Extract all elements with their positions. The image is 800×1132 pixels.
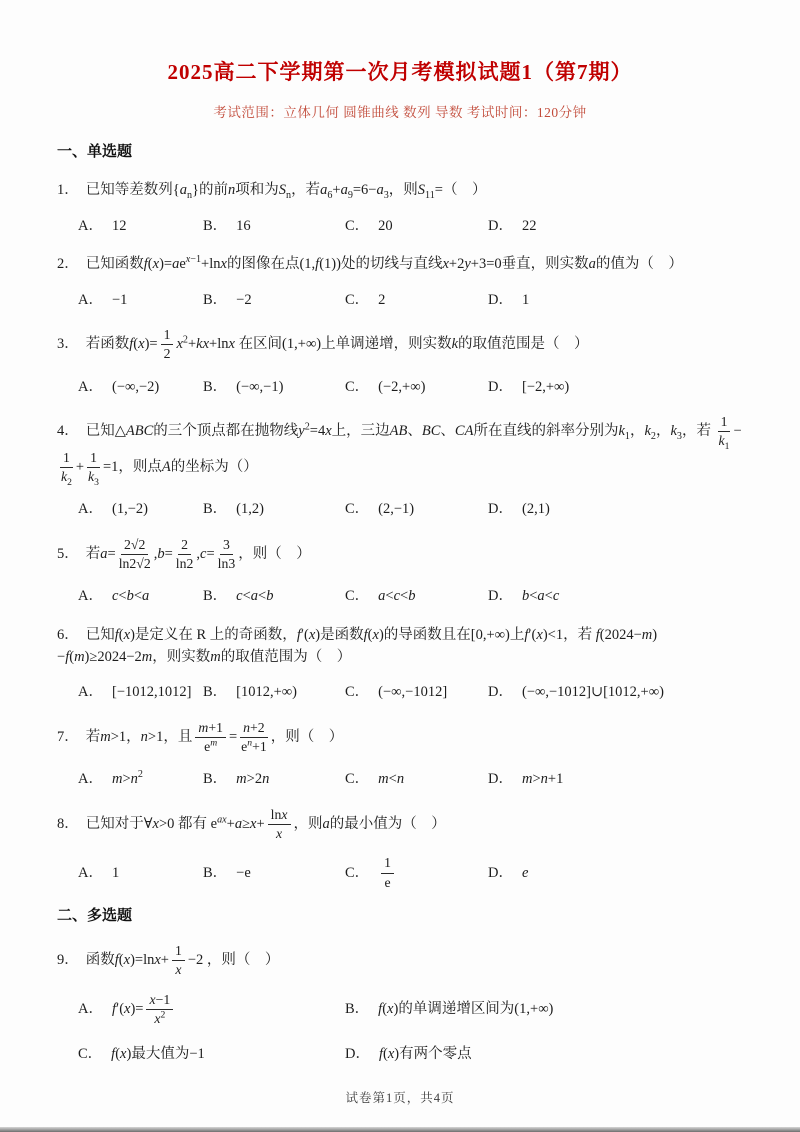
option: B．−2 [203,289,345,311]
options-row: A．f′(x)=x−1x2B．f(x)的单调递增区间为(1,+∞)C．f(x)最… [78,992,758,1066]
option-label: C． [345,585,369,607]
option-label: C． [78,1043,102,1065]
option-label: D． [488,289,513,311]
option-label: A． [78,768,103,790]
option-content: [−2,+∞) [522,376,569,398]
option: D．f(x)有两个零点 [345,1043,758,1065]
option: D．e [488,862,758,884]
exam-title: 2025高二下学期第一次月考模拟试题1（第7期） [0,56,800,86]
option-content: (−∞,−1012] [378,681,447,703]
option-label: C． [345,215,369,237]
option-label: B． [203,215,227,237]
question-stem: 3．若函数f(x)=12x2+kx+lnx 在区间(1,+∞)上单调递增，则实数… [57,327,758,363]
option-content: (1,−2) [112,498,148,520]
question-number: 9． [57,952,79,968]
options-row: A．(1,−2)B．(1,2)C．(2,−1)D．(2,1) [78,498,758,520]
option-label: C． [345,768,369,790]
option: D．(2,1) [488,498,758,520]
option-content: m>n2 [112,768,143,790]
options-row: A．(−∞,−2)B．(−∞,−1)C．(−2,+∞)D．[−2,+∞) [78,376,758,398]
option: B．m>2n [203,768,345,790]
option-label: D． [488,498,513,520]
option-label: A． [78,376,103,398]
option-label: A． [78,998,103,1020]
option-content: 22 [522,215,537,237]
option: B．[1012,+∞) [203,681,345,703]
option-label: A． [78,215,103,237]
option-content: −e [236,862,251,884]
option: C．m<n [345,768,488,790]
option-content: (1,2) [236,498,264,520]
option-content: 20 [378,215,393,237]
exam-header: 2025高二下学期第一次月考模拟试题1（第7期） 考试范围：立体几何 圆锥曲线 … [0,0,800,121]
option: C．2 [345,289,488,311]
option-content: m<n [378,768,404,790]
question-number: 3． [57,336,79,352]
option-label: B． [203,862,227,884]
option-label: D． [488,862,513,884]
option-label: A． [78,681,103,703]
option-label: A． [78,498,103,520]
option-content: −1 [112,289,127,311]
section-heading: 一、单选题 [57,140,758,163]
option: C．(−∞,−1012] [345,681,488,703]
option-content: m>n+1 [522,768,563,790]
option-content: [−1012,1012] [112,681,191,703]
exam-scope-line: 考试范围：立体几何 圆锥曲线 数列 导数 考试时间：120分钟 [0,101,800,121]
option-content: a<c<b [378,585,415,607]
options-row: A．m>n2B．m>2nC．m<nD．m>n+1 [78,768,758,790]
option-content: 16 [236,215,251,237]
question-number: 1． [57,182,79,198]
option-content: (2,−1) [378,498,414,520]
option-label: B． [203,681,227,703]
question-stem: 1．已知等差数列{an}的前n项和为Sn，若a6+a9=6−a3，则S11=（ … [57,179,758,201]
option: D．22 [488,215,758,237]
option: A．m>n2 [78,768,203,790]
option-label: A． [78,862,103,884]
option: C．20 [345,215,488,237]
option-label: D． [488,585,513,607]
option-content: (−2,+∞) [378,376,425,398]
options-row: A．1B．−eC．1eD．e [78,855,758,891]
option: D．[−2,+∞) [488,376,758,398]
options-row: A．[−1012,1012]B．[1012,+∞)C．(−∞,−1012]D．(… [78,681,758,703]
option-label: B． [203,768,227,790]
option: C．1e [345,855,488,891]
option: B．f(x)的单调递增区间为(1,+∞) [345,998,758,1020]
option: A．(1,−2) [78,498,203,520]
option: A．12 [78,215,203,237]
option-label: B． [345,998,369,1020]
question-number: 6． [57,627,79,643]
question-stem: 4．已知△ABC的三个顶点都在抛物线y2=4x上，三边AB、BC、CA所在直线的… [57,414,758,485]
option-content: 1 [522,289,529,311]
option-content: (−∞,−1012]∪[1012,+∞) [522,681,664,703]
option-label: D． [488,215,513,237]
option: B．16 [203,215,345,237]
option: B．(−∞,−1) [203,376,345,398]
option-label: A． [78,585,103,607]
option: D．b<a<c [488,585,758,607]
option-content: (−∞,−2) [112,376,159,398]
page-bottom-edge [0,1127,800,1132]
option-label: D． [488,768,513,790]
option-content: f(x)的单调递增区间为(1,+∞) [378,998,553,1020]
option: A．f′(x)=x−1x2 [78,992,345,1028]
option: B．−e [203,862,345,884]
option-label: C． [345,289,369,311]
option-label: C． [345,376,369,398]
option-content: e [522,862,528,884]
option-label: D． [345,1043,370,1065]
question-stem: 8．已知对于∀x>0 都有 eax+a≥x+lnxx，则a的最小值为（ ） [57,807,758,843]
option-label: C． [345,862,369,884]
section-heading: 二、多选题 [57,904,758,927]
question-number: 4． [57,423,79,439]
question-stem: 9．函数f(x)=lnx+1x−2 ，则（ ） [57,943,758,979]
option-content: f′(x)=x−1x2 [112,992,176,1028]
exam-page: 2025高二下学期第一次月考模拟试题1（第7期） 考试范围：立体几何 圆锥曲线 … [0,0,800,1132]
option-content: −2 [236,289,251,311]
option-content: f(x)最大值为−1 [111,1043,205,1065]
option-content: m>2n [236,768,269,790]
question-number: 8． [57,816,79,832]
option: C．f(x)最大值为−1 [78,1043,345,1065]
option-content: 1e [378,855,397,891]
option-label: A． [78,289,103,311]
option: A．c<b<a [78,585,203,607]
question-stem: 2．已知函数f(x)=aex−1+lnx的图像在点(1,f(1))处的切线与直线… [57,253,758,275]
option-content: c<a<b [236,585,273,607]
option: D．(−∞,−1012]∪[1012,+∞) [488,681,758,703]
question-number: 7． [57,729,79,745]
option-content: c<b<a [112,585,149,607]
option: C．(−2,+∞) [345,376,488,398]
option-content: (2,1) [522,498,550,520]
option-label: B． [203,498,227,520]
option: A．1 [78,862,203,884]
option-label: C． [345,681,369,703]
option-content: f(x)有两个零点 [379,1043,472,1065]
option: D．1 [488,289,758,311]
question-stem: 6．已知f(x)是定义在 R 上的奇函数，f′(x)是函数f(x)的导函数且在[… [57,624,758,669]
option: C．a<c<b [345,585,488,607]
option-label: D． [488,376,513,398]
option: D．m>n+1 [488,768,758,790]
option-label: B． [203,585,227,607]
option-content: [1012,+∞) [236,681,297,703]
question-stem: 7．若m>1，n>1，且m+1em=n+2en+1，则（ ） [57,720,758,756]
question-number: 2． [57,256,79,272]
page-footer: 试卷第1页，共4页 [0,1088,800,1106]
option: B．(1,2) [203,498,345,520]
option-label: B． [203,289,227,311]
option-label: B． [203,376,227,398]
option: B．c<a<b [203,585,345,607]
option-content: 1 [112,862,119,884]
question-stem: 5．若a=2√2ln2√2,b=2ln2,c=3ln3，则（ ） [57,537,758,573]
option-content: (−∞,−1) [236,376,283,398]
question-number: 5． [57,546,79,562]
option: A．(−∞,−2) [78,376,203,398]
option-content: b<a<c [522,585,559,607]
option: A．−1 [78,289,203,311]
option-label: C． [345,498,369,520]
option: C．(2,−1) [345,498,488,520]
option: A．[−1012,1012] [78,681,203,703]
option-content: 2 [378,289,385,311]
options-row: A．c<b<aB．c<a<bC．a<c<bD．b<a<c [78,585,758,607]
questions: 一、单选题1．已知等差数列{an}的前n项和为Sn，若a6+a9=6−a3，则S… [0,121,800,1066]
option-label: D． [488,681,513,703]
option-content: 12 [112,215,127,237]
options-row: A．−1B．−2C．2D．1 [78,289,758,311]
options-row: A．12B．16C．20D．22 [78,215,758,237]
